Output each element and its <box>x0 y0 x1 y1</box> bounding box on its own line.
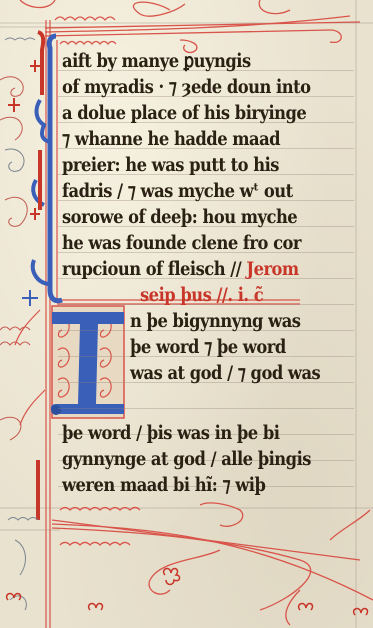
text-line-6: fadris / ⁊ was myche wᵗ out <box>62 178 293 204</box>
rubric-line: seip þus //. i. c̃ <box>140 282 263 308</box>
text-line-14: þe word / þis was in þe bi <box>62 420 279 446</box>
ruling-line <box>58 408 354 409</box>
text-line-3: a dolue place of his biryinge <box>62 100 306 126</box>
text-line-9: rupcioun of fleisch // Jerom <box>62 256 299 282</box>
text-line-8: he was founde clene fro cor <box>62 230 301 256</box>
manuscript-page: aift by manye ꝑuyngis of myradis · ⁊ ȝed… <box>0 0 373 628</box>
text-line-9-ink: rupcioun of fleisch // <box>62 258 241 280</box>
text-line-1: aift by manye ꝑuyngis <box>62 48 251 74</box>
text-line-16: weren maad bi hĩ: ⁊ wiþ <box>62 472 265 498</box>
text-line-13: was at god / ⁊ god was <box>130 360 320 386</box>
text-line-11: n þe bigynnyng was <box>130 308 300 334</box>
text-line-4: ⁊ whanne he hadde maad <box>62 126 280 152</box>
text-line-7: sorowe of deeþ: hou myche <box>62 204 297 230</box>
text-line-5: preier: he was putt to his <box>62 152 279 178</box>
text-line-12: þe word ⁊ þe word <box>130 334 286 360</box>
text-line-15: gynnynge at god / alle þingis <box>62 446 311 472</box>
rubric-jerom: Jerom <box>246 258 298 280</box>
text-line-2: of myradis · ⁊ ȝede doun into <box>62 74 310 100</box>
